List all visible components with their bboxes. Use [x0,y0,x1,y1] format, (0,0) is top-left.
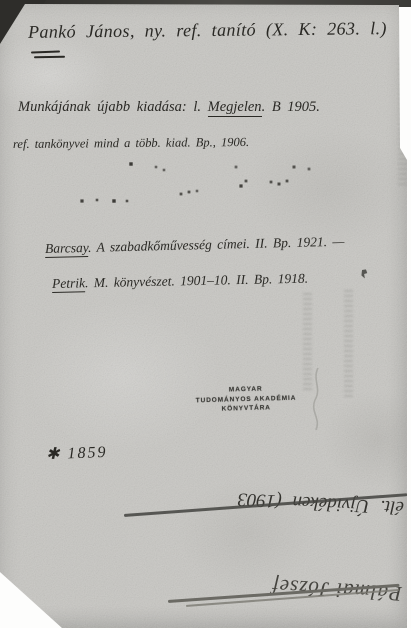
edition-note-line: ref. tankönyvei mind a több. kiad. Bp., … [13,135,249,152]
note-text: . B 1905. [262,99,320,115]
faint-scribble [308,366,328,434]
bleed-through-text [398,58,407,186]
note-underlined-word: Megjelen [208,99,262,117]
scanned-catalog-card-page: Pankó János, ny. ref. tanító (X. K: 263.… [0,0,411,628]
entry-descriptor: , ny. ref. tanító (X. K: 263. l.) [130,18,387,41]
note-text: Munkájának újabb kiadása: l. [18,99,208,115]
edition-note-line: Munkájának újabb kiadása: l. Megjelen. B… [18,99,320,116]
library-stamp: MAGYAR TUDOMÁNYOS AKADÉMIA KÖNYVTÁRA [184,383,309,415]
bleed-through-text [344,290,353,398]
note-text: ref. tankönyvei mind a több. kiad. Bp., … [13,135,249,151]
asterisk-mark: ✱ [46,446,62,464]
reference-author: Petrik [52,275,85,293]
entry-heading: Pankó János, ny. ref. tanító (X. K: 263.… [28,18,387,43]
birth-year-annotation: ✱ 1859 [46,442,108,464]
reference-author: Barcsay [45,240,88,258]
entry-name: Pankó János [28,21,130,42]
birth-year: 1859 [67,444,108,462]
catalog-card: Pankó János, ny. ref. tanító (X. K: 263.… [0,0,411,628]
